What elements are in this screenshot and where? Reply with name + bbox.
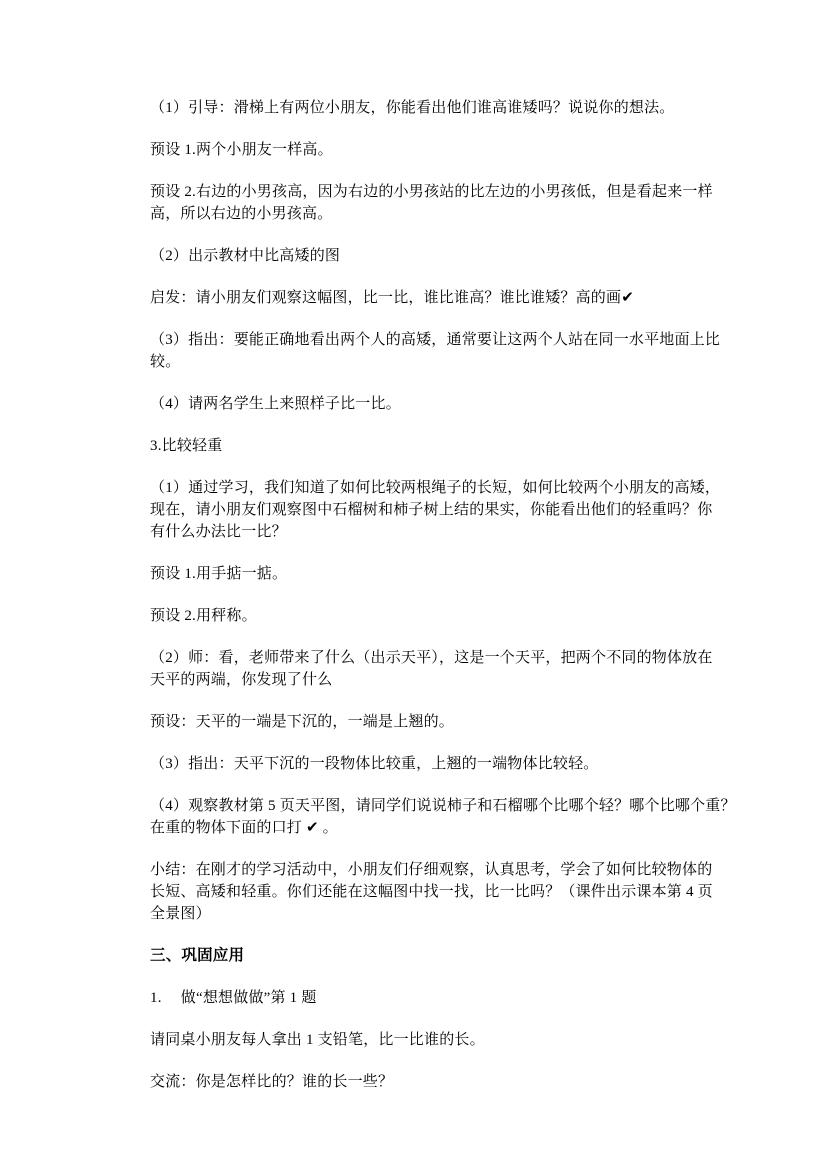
text-line: 交流：你是怎样比的？谁的长一些？ — [150, 1071, 807, 1093]
text-line: （2）师：看，老师带来了什么（出示天平），这是一个天平，把两个不同的物体放在 — [150, 647, 807, 669]
text-line: （2）出示教材中比高矮的图 — [150, 245, 807, 267]
text-line: 预设 2.用秤称。 — [150, 605, 807, 627]
text-line: 现在，请小朋友们观察图中石榴树和柿子树上结的果实，你能看出他们的轻重吗？你 — [150, 499, 807, 521]
paragraph: 请同桌小朋友每人拿出 1 支铅笔，比一比谁的长。 — [150, 1029, 807, 1051]
paragraph: 1. 做“想想做做”第 1 题 — [150, 987, 807, 1009]
document-page: （1）引导：滑梯上有两位小朋友，你能看出他们谁高谁矮吗？说说你的想法。预设 1.… — [0, 0, 827, 1170]
paragraph: 预设：天平的一端是下沉的，一端是上翘的。 — [150, 711, 807, 733]
paragraph: 交流：你是怎样比的？谁的长一些？ — [150, 1071, 807, 1093]
text-line: 在重的物体下面的口打 ✔ 。 — [150, 817, 807, 839]
paragraph: 启发：请小朋友们观察这幅图，比一比，谁比谁高？谁比谁矮？高的画✔ — [150, 287, 807, 309]
text-line: 小结：在刚才的学习活动中，小朋友们仔细观察，认真思考，学会了如何比较物体的 — [150, 859, 807, 881]
paragraph: （1）通过学习，我们知道了如何比较两根绳子的长短，如何比较两个小朋友的高矮，现在… — [150, 477, 807, 543]
text-line: 预设 1.两个小朋友一样高。 — [150, 139, 807, 161]
text-line: 全景图） — [150, 903, 807, 925]
paragraph-container: （1）引导：滑梯上有两位小朋友，你能看出他们谁高谁矮吗？说说你的想法。预设 1.… — [150, 97, 807, 1093]
text-line: （1）引导：滑梯上有两位小朋友，你能看出他们谁高谁矮吗？说说你的想法。 — [150, 97, 807, 119]
text-line: 预设 2.右边的小男孩高，因为右边的小男孩站的比左边的小男孩低，但是看起来一样 — [150, 181, 807, 203]
text-line: 1. 做“想想做做”第 1 题 — [150, 987, 807, 1009]
paragraph: 预设 2.右边的小男孩高，因为右边的小男孩站的比左边的小男孩低，但是看起来一样高… — [150, 181, 807, 225]
text-line: 请同桌小朋友每人拿出 1 支铅笔，比一比谁的长。 — [150, 1029, 807, 1051]
text-line: （4）观察教材第 5 页天平图，请同学们说说柿子和石榴哪个比哪个轻？哪个比哪个重… — [150, 795, 807, 817]
section-heading: 三、巩固应用 — [150, 945, 807, 967]
text-line: 启发：请小朋友们观察这幅图，比一比，谁比谁高？谁比谁矮？高的画✔ — [150, 287, 807, 309]
text-line: 有什么办法比一比？ — [150, 521, 807, 543]
paragraph: （3）指出：天平下沉的一段物体比较重，上翘的一端物体比较轻。 — [150, 753, 807, 775]
paragraph: 预设 1.两个小朋友一样高。 — [150, 139, 807, 161]
text-line: 3.比较轻重 — [150, 435, 807, 457]
paragraph: （4）请两名学生上来照样子比一比。 — [150, 393, 807, 415]
paragraph: 预设 1.用手掂一掂。 — [150, 563, 807, 585]
text-line: 较。 — [150, 351, 807, 373]
text-line: （4）请两名学生上来照样子比一比。 — [150, 393, 807, 415]
paragraph: （2）师：看，老师带来了什么（出示天平），这是一个天平，把两个不同的物体放在天平… — [150, 647, 807, 691]
paragraph: 3.比较轻重 — [150, 435, 807, 457]
paragraph: （4）观察教材第 5 页天平图，请同学们说说柿子和石榴哪个比哪个轻？哪个比哪个重… — [150, 795, 807, 839]
text-line: 高，所以右边的小男孩高。 — [150, 203, 807, 225]
text-line: 三、巩固应用 — [150, 945, 807, 967]
text-line: 长短、高矮和轻重。你们还能在这幅图中找一找，比一比吗？（课件出示课本第 4 页 — [150, 881, 807, 903]
paragraph: （1）引导：滑梯上有两位小朋友，你能看出他们谁高谁矮吗？说说你的想法。 — [150, 97, 807, 119]
text-line: 预设 1.用手掂一掂。 — [150, 563, 807, 585]
text-line: （3）指出：天平下沉的一段物体比较重，上翘的一端物体比较轻。 — [150, 753, 807, 775]
paragraph: （2）出示教材中比高矮的图 — [150, 245, 807, 267]
paragraph: （3）指出：要能正确地看出两个人的高矮，通常要让这两个人站在同一水平地面上比较。 — [150, 329, 807, 373]
paragraph: 小结：在刚才的学习活动中，小朋友们仔细观察，认真思考，学会了如何比较物体的长短、… — [150, 859, 807, 925]
text-line: （3）指出：要能正确地看出两个人的高矮，通常要让这两个人站在同一水平地面上比 — [150, 329, 807, 351]
text-line: （1）通过学习，我们知道了如何比较两根绳子的长短，如何比较两个小朋友的高矮， — [150, 477, 807, 499]
text-line: 天平的两端，你发现了什么 — [150, 669, 807, 691]
paragraph: 预设 2.用秤称。 — [150, 605, 807, 627]
text-line: 预设：天平的一端是下沉的，一端是上翘的。 — [150, 711, 807, 733]
